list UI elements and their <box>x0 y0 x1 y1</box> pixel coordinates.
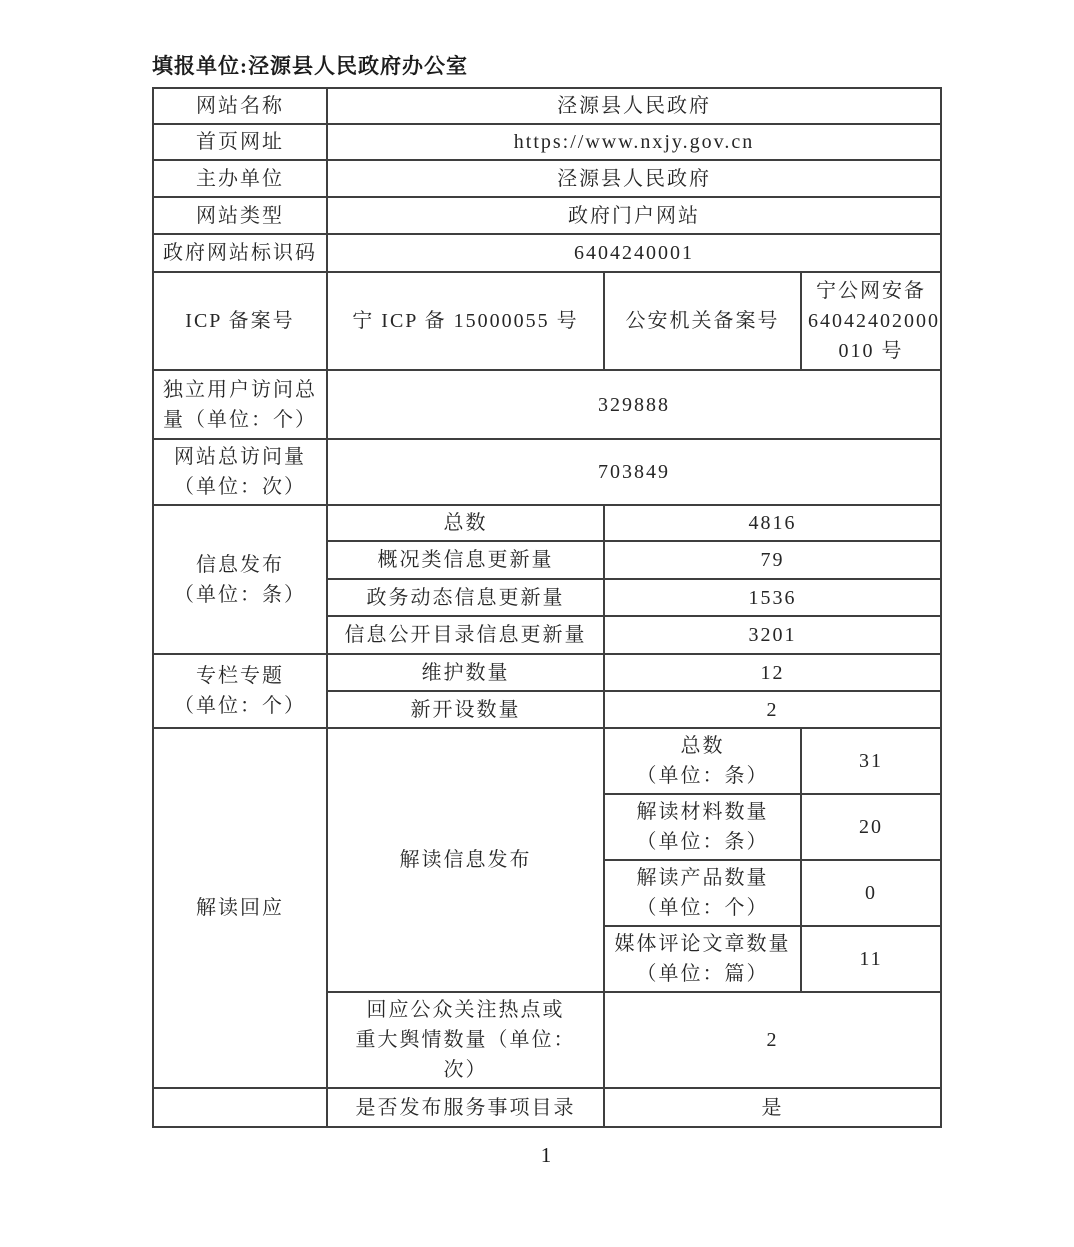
row-icp: ICP 备案号 宁 ICP 备 15000055 号 公安机关备案号 宁公网安备… <box>153 272 941 370</box>
row-info-publish-total: 信息发布 （单位：条） 总数 4816 <box>153 505 941 541</box>
cell-site-type-label: 网站类型 <box>153 197 327 234</box>
cell-total-visits-value: 703849 <box>327 439 941 505</box>
row-sponsor: 主办单位 泾源县人民政府 <box>153 160 941 197</box>
cell-unique-visitors-label: 独立用户访问总 量（单位：个） <box>153 370 327 439</box>
cell-info-directory-value: 3201 <box>604 616 941 654</box>
cell-service-directory-value: 是 <box>604 1088 941 1127</box>
cell-public-response-value: 2 <box>604 992 941 1088</box>
cell-site-type-value: 政府门户网站 <box>327 197 941 234</box>
row-site-name: 网站名称 泾源县人民政府 <box>153 88 941 124</box>
cell-info-total-label: 总数 <box>327 505 604 541</box>
cell-interpretation-section-label: 解读回应 <box>153 728 327 1088</box>
row-home-url: 首页网址 https://www.nxjy.gov.cn <box>153 124 941 160</box>
cell-interp-materials-value: 20 <box>801 794 941 860</box>
cell-home-url-value: https://www.nxjy.gov.cn <box>327 124 941 160</box>
cell-info-dynamic-label: 政务动态信息更新量 <box>327 579 604 616</box>
cell-interp-products-label: 解读产品数量 （单位：个） <box>604 860 801 926</box>
cell-columns-new-label: 新开设数量 <box>327 691 604 728</box>
cell-info-overview-value: 79 <box>604 541 941 579</box>
cell-service-section-label <box>153 1088 327 1127</box>
cell-interp-media-value: 11 <box>801 926 941 992</box>
cell-site-name-value: 泾源县人民政府 <box>327 88 941 124</box>
row-interp-total: 解读回应 解读信息发布 总数 （单位：条） 31 <box>153 728 941 794</box>
cell-sponsor-value: 泾源县人民政府 <box>327 160 941 197</box>
cell-info-directory-label: 信息公开目录信息更新量 <box>327 616 604 654</box>
cell-total-visits-label: 网站总访问量 （单位：次） <box>153 439 327 505</box>
annual-report-table: 网站名称 泾源县人民政府 首页网址 https://www.nxjy.gov.c… <box>152 87 942 1128</box>
row-unique-visitors: 独立用户访问总 量（单位：个） 329888 <box>153 370 941 439</box>
cell-columns-maintained-value: 12 <box>604 654 941 691</box>
row-columns-maintained: 专栏专题 （单位：个） 维护数量 12 <box>153 654 941 691</box>
reporting-unit-heading: 填报单位:泾源县人民政府办公室 <box>152 50 468 80</box>
cell-site-name-label: 网站名称 <box>153 88 327 124</box>
cell-home-url-label: 首页网址 <box>153 124 327 160</box>
cell-interp-products-value: 0 <box>801 860 941 926</box>
cell-columns-new-value: 2 <box>604 691 941 728</box>
cell-site-code-label: 政府网站标识码 <box>153 234 327 272</box>
cell-interp-total-label: 总数 （单位：条） <box>604 728 801 794</box>
cell-info-publish-section-label: 信息发布 （单位：条） <box>153 505 327 654</box>
cell-icp-value: 宁 ICP 备 15000055 号 <box>327 272 604 370</box>
row-site-code: 政府网站标识码 6404240001 <box>153 234 941 272</box>
cell-site-code-value: 6404240001 <box>327 234 941 272</box>
cell-info-overview-label: 概况类信息更新量 <box>327 541 604 579</box>
row-service-directory: 是否发布服务事项目录 是 <box>153 1088 941 1127</box>
cell-service-directory-label: 是否发布服务事项目录 <box>327 1088 604 1127</box>
row-site-type: 网站类型 政府门户网站 <box>153 197 941 234</box>
cell-unique-visitors-value: 329888 <box>327 370 941 439</box>
cell-interp-media-label: 媒体评论文章数量 （单位：篇） <box>604 926 801 992</box>
cell-info-total-value: 4816 <box>604 505 941 541</box>
cell-interp-total-value: 31 <box>801 728 941 794</box>
cell-special-columns-section-label: 专栏专题 （单位：个） <box>153 654 327 728</box>
cell-police-filing-value: 宁公网安备 64042402000 010 号 <box>801 272 941 370</box>
cell-info-dynamic-value: 1536 <box>604 579 941 616</box>
page-number: 1 <box>152 1143 940 1168</box>
row-total-visits: 网站总访问量 （单位：次） 703849 <box>153 439 941 505</box>
cell-icp-label: ICP 备案号 <box>153 272 327 370</box>
report-page: 填报单位:泾源县人民政府办公室 网站名称 泾源县人民政府 首页网址 https:… <box>0 0 1074 1247</box>
cell-police-filing-label: 公安机关备案号 <box>604 272 801 370</box>
cell-sponsor-label: 主办单位 <box>153 160 327 197</box>
cell-columns-maintained-label: 维护数量 <box>327 654 604 691</box>
cell-interp-materials-label: 解读材料数量 （单位：条） <box>604 794 801 860</box>
cell-interp-publish-label: 解读信息发布 <box>327 728 604 992</box>
cell-public-response-label: 回应公众关注热点或 重大舆情数量（单位： 次） <box>327 992 604 1088</box>
